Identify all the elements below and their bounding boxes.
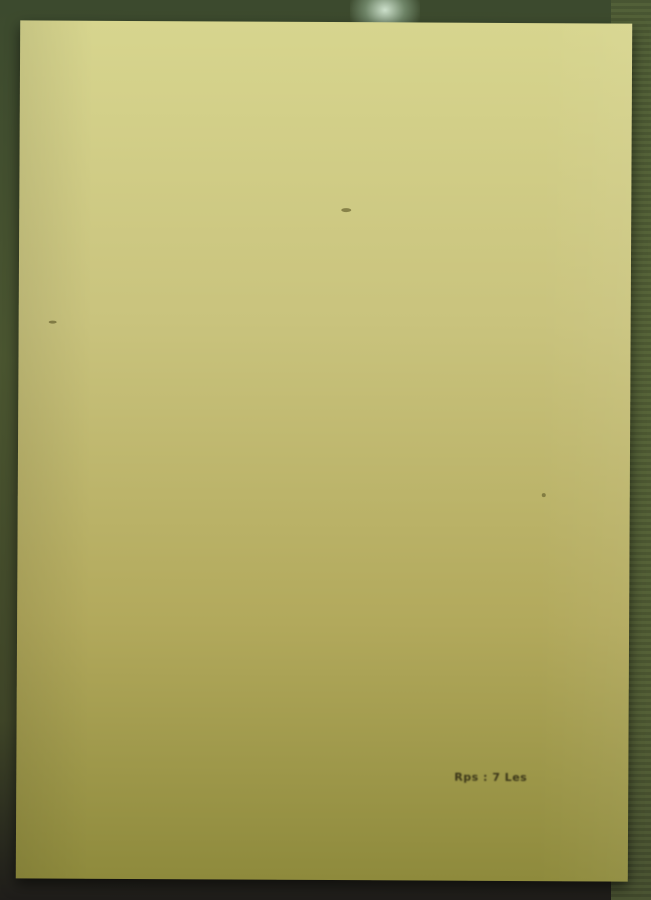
book-back-cover: Rps : 7 Les xyxy=(16,20,632,881)
cover-speck xyxy=(341,208,351,212)
cover-speck xyxy=(49,321,57,324)
cover-speck xyxy=(542,493,546,497)
price-label: Rps : 7 Les xyxy=(454,771,527,784)
